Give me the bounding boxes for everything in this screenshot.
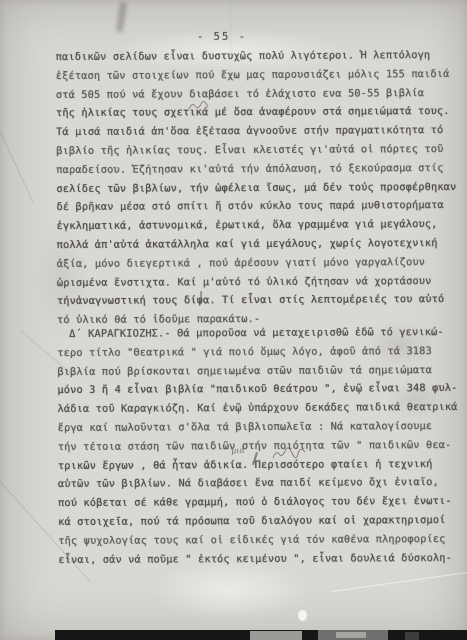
text-line: κά στοιχεῖα, πού τά πρόσωπα τοῦ διαλόγου… xyxy=(58,514,450,535)
text-line: πού κόβεται σέ κάθε γραμμή, πού ὁ διάλογ… xyxy=(58,495,450,516)
text-line: ἐξέταση τῶν στοιχείων πού ἔχω μας παρουσ… xyxy=(56,68,448,89)
text-line: Τά μισά παιδιά ἀπ'ὅσα ἐξέτασα ἀγνοοῦνε σ… xyxy=(56,124,448,145)
paper-crease xyxy=(0,120,33,202)
scanner-edge-band xyxy=(55,630,467,640)
handwritten-insertion: μιά xyxy=(231,446,245,456)
text-line: πολλά ἀπ'αὐτά ἀκατάλληλα καί γιά μεγάλου… xyxy=(57,237,449,258)
text-line: τήνἀναγνωστική τους δίψα. Τί εἶναι στίς … xyxy=(57,293,449,314)
scan-artifact-block xyxy=(250,631,302,640)
text-line: τῆς ψυχολογίας τους καί οἱ εἰδικές γιά τ… xyxy=(58,533,450,554)
text-line: εἶναι, σάν νά ποῦμε " ἐκτός κειμένου ", … xyxy=(58,551,450,572)
page-number: - 55 - xyxy=(57,31,387,43)
text-line: στά 505 πού νά ἔχουν διαβάσει τό ἐλάχιστ… xyxy=(56,87,448,108)
text-line: μόνο 3 ἤ 4 εἶναι βιβλία "παιδικοῦ θεάτρο… xyxy=(57,382,449,403)
pencil-scribble xyxy=(188,100,210,112)
scanned-typewritten-page: - 55 - παιδικῶν σελίδων εἶναι δυστυχῶς π… xyxy=(0,0,467,640)
text-line: παραδείσου. Ἐζήτησαν κι'αὐτά τήν ἀπόλαυσ… xyxy=(56,162,448,183)
text-line: ἀξία, μόνο διεγερτικά , πού ἀρέσουν γιατ… xyxy=(57,256,449,277)
paragraph-continuation: παιδικῶν σελίδων εἶναι δυστυχῶς πολύ λιγ… xyxy=(56,49,449,333)
text-line: βιβλία πού βρίσκονται σημειωμένα στῶν πα… xyxy=(57,364,449,385)
pencil-scribble xyxy=(272,448,306,461)
text-line: τῆς ἡλικίας τους σχετικά μέ ὅσα ἀναφέρου… xyxy=(56,105,448,126)
scan-artifact-block xyxy=(405,632,419,640)
paper-crease xyxy=(331,569,467,592)
scan-artifact-block xyxy=(318,630,388,640)
text-line: ἐγκληματικά, ἀστυνομικά, ἐρωτικά, ὅλα γρ… xyxy=(57,218,449,239)
text-line: βιβλίο τῆς ἡλικίας τους. Εἶναι κλειστές … xyxy=(56,143,448,164)
text-line: αὐτῶν τῶν βιβλίων. Νά διαβάσει ἕνα παιδί… xyxy=(58,476,450,497)
text-line: παιδικῶν σελίδων εἶναι δυστυχῶς πολύ λιγ… xyxy=(56,49,448,70)
paragraph-karagiozis: Δ΄ ΚΑΡΑΓΚΙΟΖΗΣ.- Θά μποροῦσα νά μεταχειρ… xyxy=(57,326,450,572)
ink-smudge xyxy=(116,2,127,33)
paper-spot xyxy=(298,610,307,621)
text-line: σελίδες τῶν βιβλίων, τήν ὠφέλεια ἴσως, μ… xyxy=(56,181,448,202)
text-line: ἔργα καί πωλοῦνται σ'ὅλα τά βιβλιοπωλεῖα… xyxy=(58,420,450,441)
text-line: λάδια τοῦ Καραγκιόζη. Καί ἐνῷ ὑπάρχουν δ… xyxy=(57,401,449,422)
text-body: παιδικῶν σελίδων εἶναι δυστυχῶς πολύ λιγ… xyxy=(56,49,451,572)
text-line: δέ βρῆκαν μέσα στό σπίτι ἤ στόν κύκλο το… xyxy=(56,199,448,220)
text-line: Δ΄ ΚΑΡΑΓΚΙΟΖΗΣ.- Θά μποροῦσα νά μεταχειρ… xyxy=(57,326,449,347)
text-line: ὡρισμένα ἔνστιχτα. Καί μ'αὐτό τό ὑλικό ζ… xyxy=(57,275,449,296)
text-line: τερο τίτλο "Θεατρικά " γιά ποιό ὅμως λόγ… xyxy=(57,345,449,366)
